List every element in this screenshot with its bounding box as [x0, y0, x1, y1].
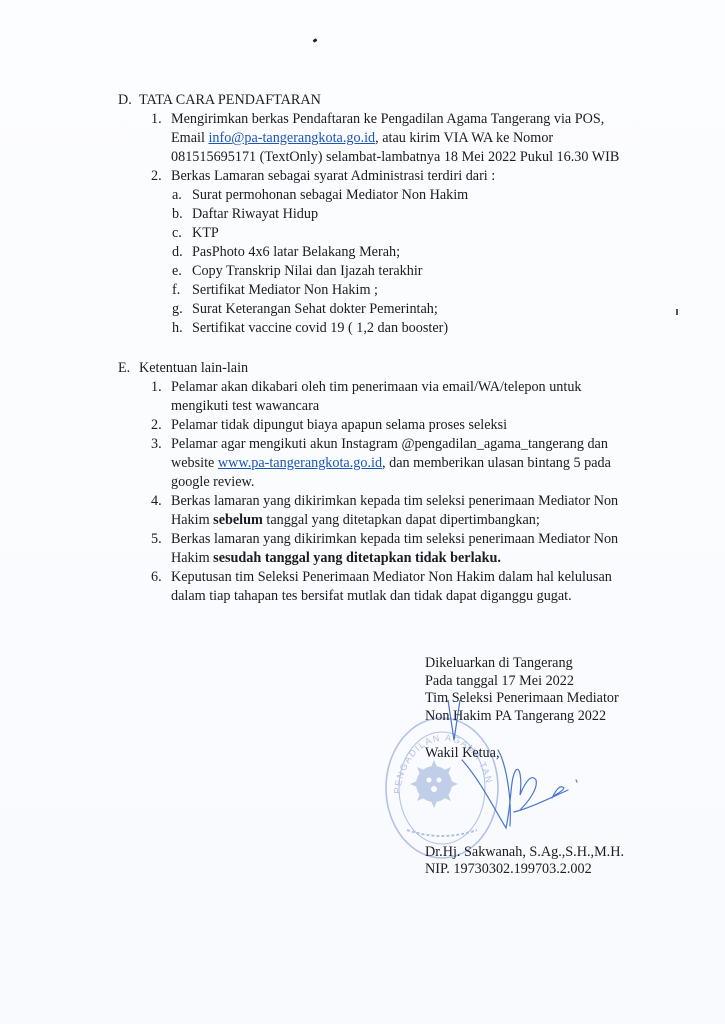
item-number: 3. — [151, 435, 171, 492]
item-number: 2. — [151, 416, 171, 435]
item-number: 6. — [151, 568, 171, 606]
committee-name: Tim Seleksi Penerimaan Mediator — [425, 690, 624, 708]
list-item: 2. Berkas Lamaran sebagai syarat Adminis… — [118, 167, 638, 186]
item-number: 5. — [151, 530, 171, 568]
item-text-bold: sesudah tanggal yang ditetapkan tidak be… — [213, 550, 501, 566]
sublist-item: h.Sertifikat vaccine covid 19 ( 1,2 dan … — [118, 319, 638, 338]
sublist-item: b.Daftar Riwayat Hidup — [118, 205, 638, 224]
list-item: 3. Pelamar agar mengikuti akun Instagram… — [118, 435, 638, 492]
item-text: Berkas Lamaran sebagai syarat Administra… — [171, 167, 638, 186]
section-heading: E. Ketentuan lain-lain — [118, 359, 638, 378]
section-tata-cara-pendaftaran: D. TATA CARA PENDAFTARAN 1. Mengirimkan … — [118, 91, 638, 338]
subitem-text: Copy Transkrip Nilai dan Ijazah terakhir — [192, 262, 423, 281]
website-link[interactable]: www.pa-tangerangkota.go.id — [218, 455, 382, 471]
item-text: Pelamar tidak dipungut biaya apapun sela… — [171, 416, 638, 435]
item-text: Berkas lamaran yang dikirimkan kepada ti… — [171, 492, 638, 530]
signatory-name: Dr.Hj. Sakwanah, S.Ag.,S.H.,M.H. — [425, 844, 624, 862]
issued-at: Dikeluarkan di Tangerang — [425, 655, 624, 673]
subitem-text: Sertifikat vaccine covid 19 ( 1,2 dan bo… — [192, 319, 448, 338]
list-item: 1. Pelamar akan dikabari oleh tim peneri… — [118, 378, 638, 416]
list-item: 6. Keputusan tim Seleksi Penerimaan Medi… — [118, 568, 638, 606]
subitem-letter: h. — [172, 319, 192, 338]
list-item: 5. Berkas lamaran yang dikirimkan kepada… — [118, 530, 638, 568]
subitem-letter: e. — [172, 262, 192, 281]
scan-speck — [313, 38, 318, 43]
signatory-position: Wakil Ketua, — [425, 745, 624, 763]
section-letter: E. — [118, 359, 139, 378]
issue-date: Pada tanggal 17 Mei 2022 — [425, 673, 624, 691]
sublist-item: a.Surat permohonan sebagai Mediator Non … — [118, 186, 638, 205]
committee-name: Non Hakim PA Tangerang 2022 — [425, 708, 624, 726]
section-ketentuan-lain-lain: E. Ketentuan lain-lain 1. Pelamar akan d… — [118, 359, 638, 606]
subitem-text: Daftar Riwayat Hidup — [192, 205, 318, 224]
sublist-item: c.KTP — [118, 224, 638, 243]
signature-block: Dikeluarkan di Tangerang Pada tanggal 17… — [425, 655, 624, 879]
list-item: 4. Berkas lamaran yang dikirimkan kepada… — [118, 492, 638, 530]
document-page: D. TATA CARA PENDAFTARAN 1. Mengirimkan … — [0, 0, 725, 1024]
subitem-letter: b. — [172, 205, 192, 224]
sublist-item: d.PasPhoto 4x6 latar Belakang Merah; — [118, 243, 638, 262]
item-number: 1. — [151, 378, 171, 416]
subitem-letter: f. — [172, 281, 192, 300]
item-text: Mengirimkan berkas Pendaftaran ke Pengad… — [171, 110, 638, 167]
subitem-text: KTP — [192, 224, 219, 243]
subitem-letter: g. — [172, 300, 192, 319]
scan-speck — [676, 309, 678, 315]
item-text: Keputusan tim Seleksi Penerimaan Mediato… — [171, 568, 638, 606]
subitem-text: Sertifikat Mediator Non Hakim ; — [192, 281, 378, 300]
subitem-letter: c. — [172, 224, 192, 243]
list-item: 1. Mengirimkan berkas Pendaftaran ke Pen… — [118, 110, 638, 167]
item-text: Berkas lamaran yang dikirimkan kepada ti… — [171, 530, 638, 568]
list-item: 2. Pelamar tidak dipungut biaya apapun s… — [118, 416, 638, 435]
sublist-item: g.Surat Keterangan Sehat dokter Pemerint… — [118, 300, 638, 319]
sublist-item: e.Copy Transkrip Nilai dan Ijazah terakh… — [118, 262, 638, 281]
signatory-nip: NIP. 19730302.199703.2.002 — [425, 861, 624, 879]
section-heading: D. TATA CARA PENDAFTARAN — [118, 91, 638, 110]
email-link[interactable]: info@pa-tangerangkota.go.id — [208, 130, 375, 146]
item-text-part: tanggal yang ditetapkan dapat dipertimba… — [263, 512, 540, 528]
section-title: TATA CARA PENDAFTARAN — [139, 91, 321, 110]
sublist-item: f.Sertifikat Mediator Non Hakim ; — [118, 281, 638, 300]
item-number: 1. — [151, 110, 171, 167]
section-letter: D. — [118, 91, 139, 110]
sublist: a.Surat permohonan sebagai Mediator Non … — [118, 186, 638, 338]
item-number: 2. — [151, 167, 171, 186]
subitem-text: Surat Keterangan Sehat dokter Pemerintah… — [192, 300, 438, 319]
item-text-bold: sebelum — [213, 512, 263, 528]
subitem-letter: d. — [172, 243, 192, 262]
item-text: Pelamar akan dikabari oleh tim penerimaa… — [171, 378, 638, 416]
subitem-text: PasPhoto 4x6 latar Belakang Merah; — [192, 243, 400, 262]
subitem-letter: a. — [172, 186, 192, 205]
section-title: Ketentuan lain-lain — [139, 359, 248, 378]
item-text: Pelamar agar mengikuti akun Instagram @p… — [171, 435, 638, 492]
item-number: 4. — [151, 492, 171, 530]
subitem-text: Surat permohonan sebagai Mediator Non Ha… — [192, 186, 468, 205]
